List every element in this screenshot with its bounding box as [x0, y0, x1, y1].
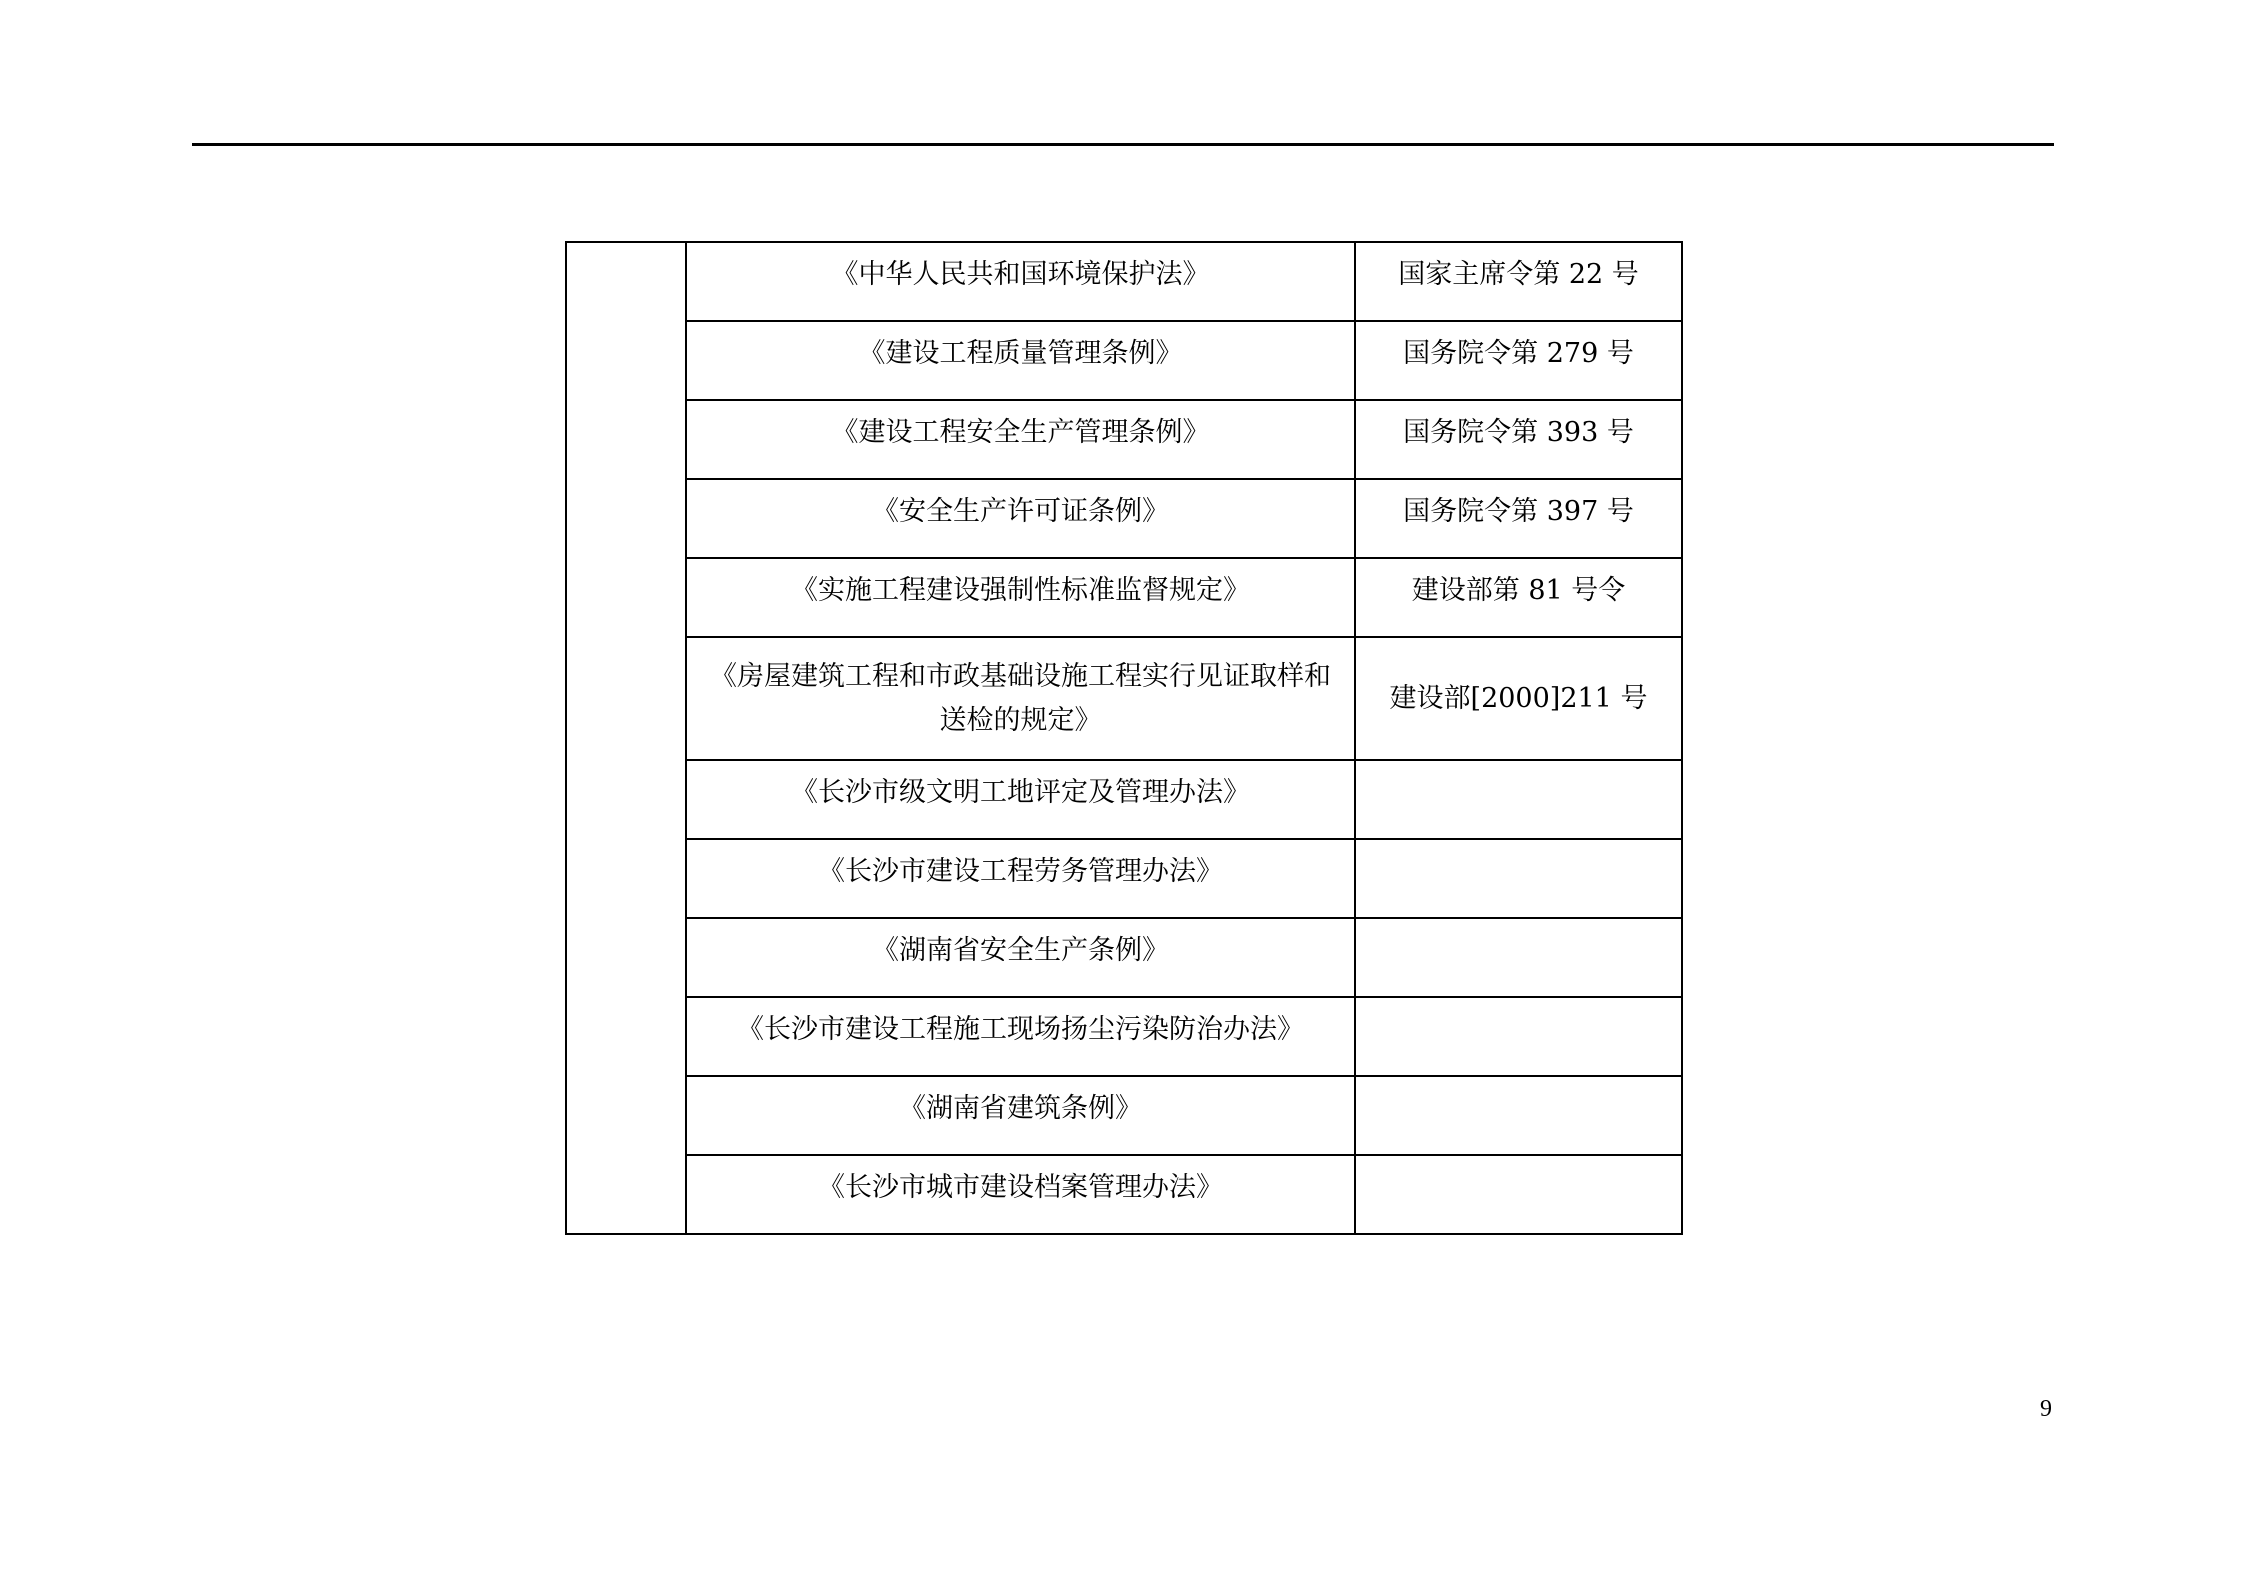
- regulation-ref-cell: 国家主席令第 22 号: [1355, 242, 1682, 321]
- regulation-name-cell: 《中华人民共和国环境保护法》: [686, 242, 1355, 321]
- regulation-name: 《房屋建筑工程和市政基础设施工程实行见证取样和送检的规定》: [697, 655, 1344, 743]
- regulation-ref-cell: [1355, 1076, 1682, 1155]
- table-row: 《长沙市级文明工地评定及管理办法》: [566, 760, 1682, 839]
- regulation-ref: [1366, 1030, 1671, 1044]
- regulation-name-cell: 《长沙市建设工程劳务管理办法》: [686, 839, 1355, 918]
- regulation-name: 《实施工程建设强制性标准监督规定》: [697, 569, 1344, 627]
- table-row: 《建设工程安全生产管理条例》 国务院令第 393 号: [566, 400, 1682, 479]
- regulation-ref: 建设部[2000]211 号: [1366, 677, 1671, 721]
- regulation-ref: [1366, 872, 1671, 886]
- regulation-ref: 国务院令第 279 号: [1366, 332, 1671, 390]
- regulation-ref: [1366, 951, 1671, 965]
- regulation-ref-cell: [1355, 918, 1682, 997]
- table-row: 《长沙市建设工程劳务管理办法》: [566, 839, 1682, 918]
- regulation-ref: [1366, 1109, 1671, 1123]
- regulation-ref-cell: 建设部[2000]211 号: [1355, 637, 1682, 760]
- table-row: 《长沙市建设工程施工现场扬尘污染防治办法》: [566, 997, 1682, 1076]
- regulation-name-cell: 《长沙市级文明工地评定及管理办法》: [686, 760, 1355, 839]
- regulation-name-cell: 《房屋建筑工程和市政基础设施工程实行见证取样和送检的规定》: [686, 637, 1355, 760]
- regulation-name: 《安全生产许可证条例》: [697, 490, 1344, 548]
- regulation-ref-cell: [1355, 760, 1682, 839]
- regulation-ref-cell: [1355, 1155, 1682, 1234]
- category-cell: [566, 242, 686, 1234]
- regulation-ref: 国务院令第 393 号: [1366, 411, 1671, 469]
- table-row: 《安全生产许可证条例》 国务院令第 397 号: [566, 479, 1682, 558]
- regulation-name: 《长沙市建设工程施工现场扬尘污染防治办法》: [697, 1008, 1344, 1066]
- regulation-name: 《建设工程安全生产管理条例》: [697, 411, 1344, 469]
- regulation-ref-cell: [1355, 839, 1682, 918]
- regulation-ref: [1366, 793, 1671, 807]
- regulation-name-cell: 《长沙市建设工程施工现场扬尘污染防治办法》: [686, 997, 1355, 1076]
- regulation-ref: [1366, 1188, 1671, 1202]
- header-rule: [192, 143, 2054, 146]
- regulation-name-cell: 《湖南省建筑条例》: [686, 1076, 1355, 1155]
- regulation-name-cell: 《建设工程质量管理条例》: [686, 321, 1355, 400]
- regulation-name-cell: 《建设工程安全生产管理条例》: [686, 400, 1355, 479]
- regulation-name-cell: 《安全生产许可证条例》: [686, 479, 1355, 558]
- regulation-ref-cell: 建设部第 81 号令: [1355, 558, 1682, 637]
- table-row: 《湖南省安全生产条例》: [566, 918, 1682, 997]
- regulation-ref: 建设部第 81 号令: [1366, 569, 1671, 627]
- table-row: 《中华人民共和国环境保护法》 国家主席令第 22 号: [566, 242, 1682, 321]
- regulation-name: 《长沙市建设工程劳务管理办法》: [697, 850, 1344, 908]
- regulation-name-cell: 《长沙市城市建设档案管理办法》: [686, 1155, 1355, 1234]
- regulations-table: 《中华人民共和国环境保护法》 国家主席令第 22 号 《建设工程质量管理条例》 …: [565, 241, 1683, 1235]
- regulation-ref-cell: 国务院令第 393 号: [1355, 400, 1682, 479]
- regulation-name: 《湖南省建筑条例》: [697, 1087, 1344, 1145]
- regulation-ref: 国务院令第 397 号: [1366, 490, 1671, 548]
- regulation-name-cell: 《湖南省安全生产条例》: [686, 918, 1355, 997]
- regulation-ref-cell: [1355, 997, 1682, 1076]
- page-number: 9: [2040, 1396, 2052, 1423]
- regulation-name: 《长沙市城市建设档案管理办法》: [697, 1166, 1344, 1224]
- table-row: 《实施工程建设强制性标准监督规定》 建设部第 81 号令: [566, 558, 1682, 637]
- regulation-name: 《中华人民共和国环境保护法》: [697, 253, 1344, 311]
- regulation-name: 《建设工程质量管理条例》: [697, 332, 1344, 390]
- regulation-name: 《湖南省安全生产条例》: [697, 929, 1344, 987]
- regulation-name-cell: 《实施工程建设强制性标准监督规定》: [686, 558, 1355, 637]
- regulation-ref-cell: 国务院令第 279 号: [1355, 321, 1682, 400]
- regulation-name: 《长沙市级文明工地评定及管理办法》: [697, 771, 1344, 829]
- regulation-ref-cell: 国务院令第 397 号: [1355, 479, 1682, 558]
- table-row: 《房屋建筑工程和市政基础设施工程实行见证取样和送检的规定》 建设部[2000]2…: [566, 637, 1682, 760]
- table-row: 《长沙市城市建设档案管理办法》: [566, 1155, 1682, 1234]
- table-row: 《建设工程质量管理条例》 国务院令第 279 号: [566, 321, 1682, 400]
- table-row: 《湖南省建筑条例》: [566, 1076, 1682, 1155]
- regulation-ref: 国家主席令第 22 号: [1366, 253, 1671, 311]
